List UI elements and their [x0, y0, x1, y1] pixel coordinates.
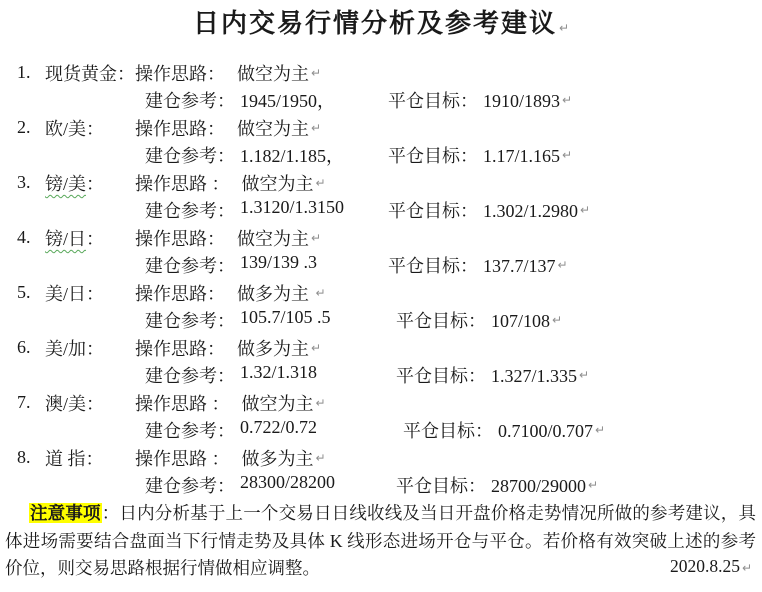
strategy-line: 6. 美/加： 操作思路： 做多为主 ↵ [0, 334, 762, 362]
item-number: 8. [17, 447, 45, 468]
strategy-direction: 做多为主 [242, 445, 314, 471]
paragraph-mark-icon: ↵ [588, 478, 598, 492]
strategy-label: 操作思路 ： [135, 170, 230, 196]
trade-item: 2. 欧/美： 操作思路： 做空为主 ↵ 建仓参考：1.182/1.185， 平… [0, 114, 762, 169]
item-number: 1. [17, 62, 45, 83]
paragraph-mark-icon: ↵ [311, 341, 321, 355]
entry-reference: 建仓参考：1.32/1.318 [145, 362, 396, 388]
instrument-name: 澳/美 [45, 394, 86, 414]
trade-item: 3. 镑/美： 操作思路 ： 做空为主 ↵ 建仓参考：1.3120/1.3150… [0, 169, 762, 224]
strategy-label: 操作思路 ： [135, 445, 230, 471]
page-title: 日内交易行情分析及参考建议↵ [0, 6, 762, 46]
paragraph-mark-icon: ↵ [311, 66, 321, 80]
instrument-colon: ： [86, 284, 104, 304]
close-target: 平仓目标：137.7/137 [388, 252, 556, 278]
paragraph-mark-icon: ↵ [311, 231, 321, 245]
target-label: 平仓目标： [388, 91, 478, 111]
strategy-direction: 做空为主 [237, 115, 309, 141]
entry-reference: 建仓参考：139/139 .3 [145, 252, 388, 278]
strategy-line: 2. 欧/美： 操作思路： 做空为主 ↵ [0, 114, 762, 142]
strategy-line: 5. 美/日： 操作思路： 做多为主 ↵ [0, 279, 762, 307]
price-line: 建仓参考：1.3120/1.3150 平仓目标：1.302/1.2980 ↵ [0, 197, 762, 225]
entry-reference: 建仓参考：28300/28200 [145, 472, 396, 498]
instrument-name: 道 指 [45, 449, 86, 469]
notes-paragraph: 注意事项：日内分析基于上一个交易日日线收线及当日开盘价格走势情况所做的参考建议，… [5, 500, 756, 583]
strategy-label: 操作思路 ： [135, 390, 230, 416]
item-number: 5. [17, 282, 45, 303]
trade-items-list: 1. 现货黄金： 操作思路： 做空为主 ↵ 建仓参考：1945/1950， 平仓… [0, 59, 762, 499]
trade-item: 5. 美/日： 操作思路： 做多为主 ↵ 建仓参考：105.7/105 .5 平… [0, 279, 762, 334]
paragraph-mark-icon: ↵ [316, 451, 326, 465]
target-label: 平仓目标： [388, 201, 478, 221]
target-value: 0.7100/0.707 [498, 421, 593, 441]
strategy-label: 操作思路： [135, 335, 225, 361]
strategy-label: 操作思路： [135, 60, 225, 86]
paragraph-mark-icon: ↵ [595, 423, 605, 437]
instrument-label: 欧/美： [45, 115, 135, 141]
instrument-name: 美/日 [45, 284, 86, 304]
entry-value: 139/139 .3 [240, 252, 317, 278]
entry-label: 建仓参考： [145, 252, 235, 278]
price-line: 建仓参考：1945/1950， 平仓目标：1910/1893 ↵ [0, 87, 762, 115]
instrument-label: 澳/美： [45, 390, 135, 416]
paragraph-mark-icon: ↵ [579, 368, 589, 382]
item-number: 3. [17, 172, 45, 193]
entry-value: 1.32/1.318 [240, 362, 317, 388]
price-line: 建仓参考：0.722/0.72 平仓目标：0.7100/0.707 ↵ [0, 417, 762, 445]
strategy-line: 1. 现货黄金： 操作思路： 做空为主 ↵ [0, 59, 762, 87]
item-number: 2. [17, 117, 45, 138]
entry-value: 1.182/1.185， [240, 142, 344, 168]
instrument-colon: ： [86, 119, 104, 139]
target-label: 平仓目标： [396, 311, 486, 331]
paragraph-mark-icon: ↵ [580, 203, 590, 217]
instrument-colon: ： [86, 174, 104, 194]
entry-value: 28300/28200 [240, 472, 335, 498]
page-title-text: 日内交易行情分析及参考建议 [193, 9, 557, 38]
price-line: 建仓参考：28300/28200 平仓目标：28700/29000 ↵ [0, 472, 762, 500]
target-value: 1.327/1.335 [491, 366, 577, 386]
entry-reference: 建仓参考：1.182/1.185， [145, 142, 388, 168]
price-line: 建仓参考：1.32/1.318 平仓目标：1.327/1.335 ↵ [0, 362, 762, 390]
instrument-label: 美/加： [45, 335, 135, 361]
close-target: 平仓目标：1.302/1.2980 [388, 197, 578, 223]
strategy-label: 操作思路： [135, 115, 225, 141]
instrument-label: 美/日： [45, 280, 135, 306]
target-label: 平仓目标： [396, 366, 486, 386]
entry-label: 建仓参考： [145, 197, 235, 223]
entry-label: 建仓参考： [145, 307, 235, 333]
paragraph-mark-icon: ↵ [316, 286, 326, 300]
report-date-text: 2020.8.25 [670, 556, 740, 576]
strategy-line: 4. 镑/日： 操作思路： 做空为主 ↵ [0, 224, 762, 252]
trade-item: 4. 镑/日： 操作思路： 做空为主 ↵ 建仓参考：139/139 .3 平仓目… [0, 224, 762, 279]
strategy-direction: 做多为主 [237, 280, 314, 306]
strategy-direction: 做多为主 [237, 335, 309, 361]
instrument-colon: ： [86, 229, 104, 249]
paragraph-mark-icon: ↵ [562, 93, 572, 107]
instrument-colon: ： [117, 64, 135, 84]
entry-reference: 建仓参考：0.722/0.72 [145, 417, 403, 443]
strategy-direction: 做空为主 [242, 390, 314, 416]
paragraph-mark-icon: ↵ [562, 148, 572, 162]
strategy-direction: 做空为主 [237, 60, 309, 86]
instrument-colon: ： [86, 449, 104, 469]
target-value: 137.7/137 [483, 256, 556, 276]
trade-item: 1. 现货黄金： 操作思路： 做空为主 ↵ 建仓参考：1945/1950， 平仓… [0, 59, 762, 114]
entry-reference: 建仓参考：1.3120/1.3150 [145, 197, 388, 223]
instrument-name: 现货黄金 [45, 64, 117, 84]
paragraph-mark-icon: ↵ [316, 176, 326, 190]
instrument-name: 镑/美 [45, 174, 86, 194]
close-target: 平仓目标：1910/1893 [388, 87, 560, 113]
entry-value: 0.722/0.72 [240, 417, 317, 443]
document-page: 日内交易行情分析及参考建议↵ 1. 现货黄金： 操作思路： 做空为主 ↵ 建仓参… [0, 6, 762, 592]
notes-highlight-badge: 注意事项 [29, 503, 102, 523]
entry-label: 建仓参考： [145, 142, 235, 168]
instrument-colon: ： [86, 394, 104, 414]
paragraph-mark-icon: ↵ [742, 561, 752, 575]
instrument-label: 道 指： [45, 445, 135, 471]
strategy-direction: 做空为主 [242, 170, 314, 196]
paragraph-mark-icon: ↵ [311, 121, 321, 135]
entry-label: 建仓参考： [145, 472, 235, 498]
notes-text: ：日内分析基于上一个交易日日线收线及当日开盘价格走势情况所做的参考建议，具体进场… [5, 503, 756, 578]
paragraph-mark-icon: ↵ [552, 313, 562, 327]
entry-label: 建仓参考： [145, 362, 235, 388]
trade-item: 8. 道 指： 操作思路 ： 做多为主 ↵ 建仓参考：28300/28200 平… [0, 444, 762, 499]
trade-item: 7. 澳/美： 操作思路 ： 做空为主 ↵ 建仓参考：0.722/0.72 平仓… [0, 389, 762, 444]
entry-reference: 建仓参考：105.7/105 .5 [145, 307, 396, 333]
entry-value: 105.7/105 .5 [240, 307, 331, 333]
instrument-colon: ： [86, 339, 104, 359]
item-number: 6. [17, 337, 45, 358]
price-line: 建仓参考：139/139 .3 平仓目标：137.7/137 ↵ [0, 252, 762, 280]
strategy-label: 操作思路： [135, 280, 225, 306]
target-label: 平仓目标： [396, 476, 486, 496]
strategy-line: 8. 道 指： 操作思路 ： 做多为主 ↵ [0, 444, 762, 472]
strategy-line: 7. 澳/美： 操作思路 ： 做空为主 ↵ [0, 389, 762, 417]
target-value: 1.302/1.2980 [483, 201, 578, 221]
strategy-line: 3. 镑/美： 操作思路 ： 做空为主 ↵ [0, 169, 762, 197]
target-value: 1.17/1.165 [483, 146, 560, 166]
target-value: 107/108 [491, 311, 550, 331]
instrument-name: 镑/日 [45, 229, 86, 249]
instrument-name: 美/加 [45, 339, 86, 359]
entry-value: 1945/1950， [240, 87, 335, 113]
strategy-label: 操作思路： [135, 225, 225, 251]
close-target: 平仓目标：1.327/1.335 [396, 362, 577, 388]
trade-item: 6. 美/加： 操作思路： 做多为主 ↵ 建仓参考：1.32/1.318 平仓目… [0, 334, 762, 389]
close-target: 平仓目标：0.7100/0.707 [403, 417, 593, 443]
instrument-name: 欧/美 [45, 119, 86, 139]
price-line: 建仓参考：1.182/1.185， 平仓目标：1.17/1.165 ↵ [0, 142, 762, 170]
instrument-label: 镑/美： [45, 170, 135, 196]
target-value: 1910/1893 [483, 91, 560, 111]
item-number: 4. [17, 227, 45, 248]
paragraph-mark-icon: ↵ [559, 21, 569, 35]
entry-reference: 建仓参考：1945/1950， [145, 87, 388, 113]
close-target: 平仓目标：28700/29000 [396, 472, 586, 498]
report-date: 2020.8.25↵ [662, 553, 752, 583]
target-label: 平仓目标： [388, 256, 478, 276]
instrument-label: 现货黄金： [45, 60, 135, 86]
paragraph-mark-icon: ↵ [558, 258, 568, 272]
paragraph-mark-icon: ↵ [316, 396, 326, 410]
target-label: 平仓目标： [403, 421, 493, 441]
item-number: 7. [17, 392, 45, 413]
price-line: 建仓参考：105.7/105 .5 平仓目标：107/108 ↵ [0, 307, 762, 335]
instrument-label: 镑/日： [45, 225, 135, 251]
target-value: 28700/29000 [491, 476, 586, 496]
strategy-direction: 做空为主 [237, 225, 309, 251]
entry-label: 建仓参考： [145, 417, 235, 443]
close-target: 平仓目标：1.17/1.165 [388, 142, 560, 168]
close-target: 平仓目标：107/108 [396, 307, 550, 333]
entry-label: 建仓参考： [145, 87, 235, 113]
target-label: 平仓目标： [388, 146, 478, 166]
entry-value: 1.3120/1.3150 [240, 197, 344, 223]
